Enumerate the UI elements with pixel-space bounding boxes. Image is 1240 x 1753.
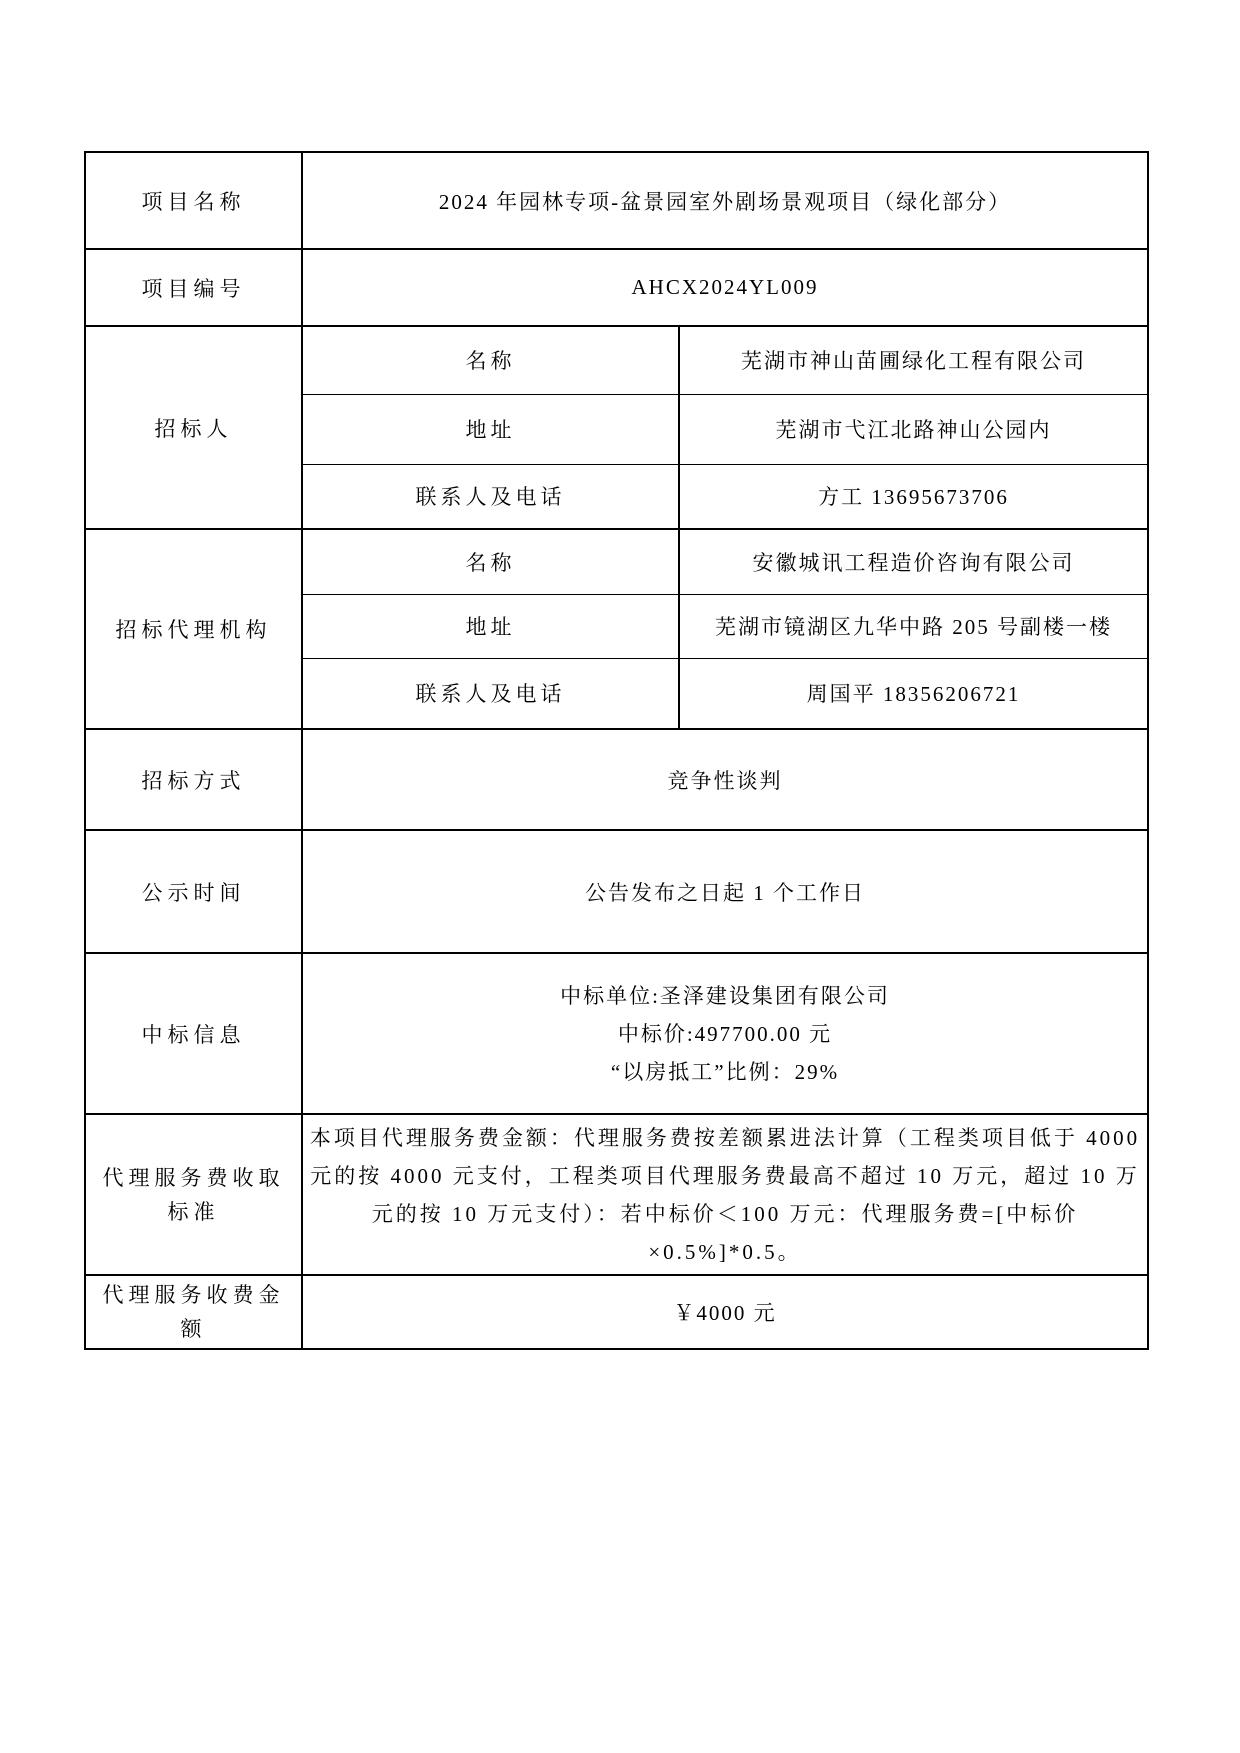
award-winner-line: 中标单位:圣泽建设集团有限公司 (309, 977, 1141, 1015)
tenderer-address-label: 地址 (302, 394, 679, 464)
agency-contact-value: 周国平 18356206721 (679, 658, 1148, 729)
tenderer-name-label: 名称 (302, 326, 679, 394)
agency-fee-amount-label: 代理服务收费金额 (85, 1275, 302, 1349)
award-info-value: 中标单位:圣泽建设集团有限公司 中标价:497700.00 元 “以房抵工”比例… (302, 953, 1148, 1114)
project-name-value: 2024 年园林专项-盆景园室外剧场景观项目（绿化部分） (302, 152, 1148, 249)
award-price-line: 中标价:497700.00 元 (309, 1015, 1141, 1053)
agency-address-label: 地址 (302, 594, 679, 658)
agency-fee-amount-value: ￥4000 元 (302, 1275, 1148, 1349)
tenderer-name-value: 芜湖市神山苗圃绿化工程有限公司 (679, 326, 1148, 394)
table-row: 招标代理机构 名称 安徽城讯工程造价咨询有限公司 (85, 529, 1148, 594)
table-row: 招标人 名称 芜湖市神山苗圃绿化工程有限公司 (85, 326, 1148, 394)
table-row: 项目名称 2024 年园林专项-盆景园室外剧场景观项目（绿化部分） (85, 152, 1148, 249)
agency-name-label: 名称 (302, 529, 679, 594)
project-name-label: 项目名称 (85, 152, 302, 249)
table-row: 项目编号 AHCX2024YL009 (85, 249, 1148, 326)
table-row: 招标方式 竞争性谈判 (85, 729, 1148, 830)
agency-fee-standard-value: 本项目代理服务费金额：代理服务费按差额累进法计算（工程类项目低于 4000 元的… (302, 1114, 1148, 1275)
agency-contact-label: 联系人及电话 (302, 658, 679, 729)
table-row: 代理服务收费金额 ￥4000 元 (85, 1275, 1148, 1349)
tenderer-label: 招标人 (85, 326, 302, 529)
project-number-value: AHCX2024YL009 (302, 249, 1148, 326)
project-number-label: 项目编号 (85, 249, 302, 326)
tender-method-value: 竞争性谈判 (302, 729, 1148, 830)
agency-label: 招标代理机构 (85, 529, 302, 729)
tenderer-contact-value: 方工 13695673706 (679, 464, 1148, 529)
table-row: 代理服务费收取标准 本项目代理服务费金额：代理服务费按差额累进法计算（工程类项目… (85, 1114, 1148, 1275)
award-ratio-line: “以房抵工”比例：29% (309, 1053, 1141, 1091)
agency-fee-standard-label: 代理服务费收取标准 (85, 1114, 302, 1275)
agency-address-value: 芜湖市镜湖区九华中路 205 号副楼一楼 (679, 594, 1148, 658)
table-row: 中标信息 中标单位:圣泽建设集团有限公司 中标价:497700.00 元 “以房… (85, 953, 1148, 1114)
award-info-label: 中标信息 (85, 953, 302, 1114)
table-row: 公示时间 公告发布之日起 1 个工作日 (85, 830, 1148, 953)
publicity-period-label: 公示时间 (85, 830, 302, 953)
tender-method-label: 招标方式 (85, 729, 302, 830)
tender-announcement-table: 项目名称 2024 年园林专项-盆景园室外剧场景观项目（绿化部分） 项目编号 A… (84, 151, 1149, 1350)
agency-name-value: 安徽城讯工程造价咨询有限公司 (679, 529, 1148, 594)
tenderer-contact-label: 联系人及电话 (302, 464, 679, 529)
publicity-period-value: 公告发布之日起 1 个工作日 (302, 830, 1148, 953)
tenderer-address-value: 芜湖市弋江北路神山公园内 (679, 394, 1148, 464)
